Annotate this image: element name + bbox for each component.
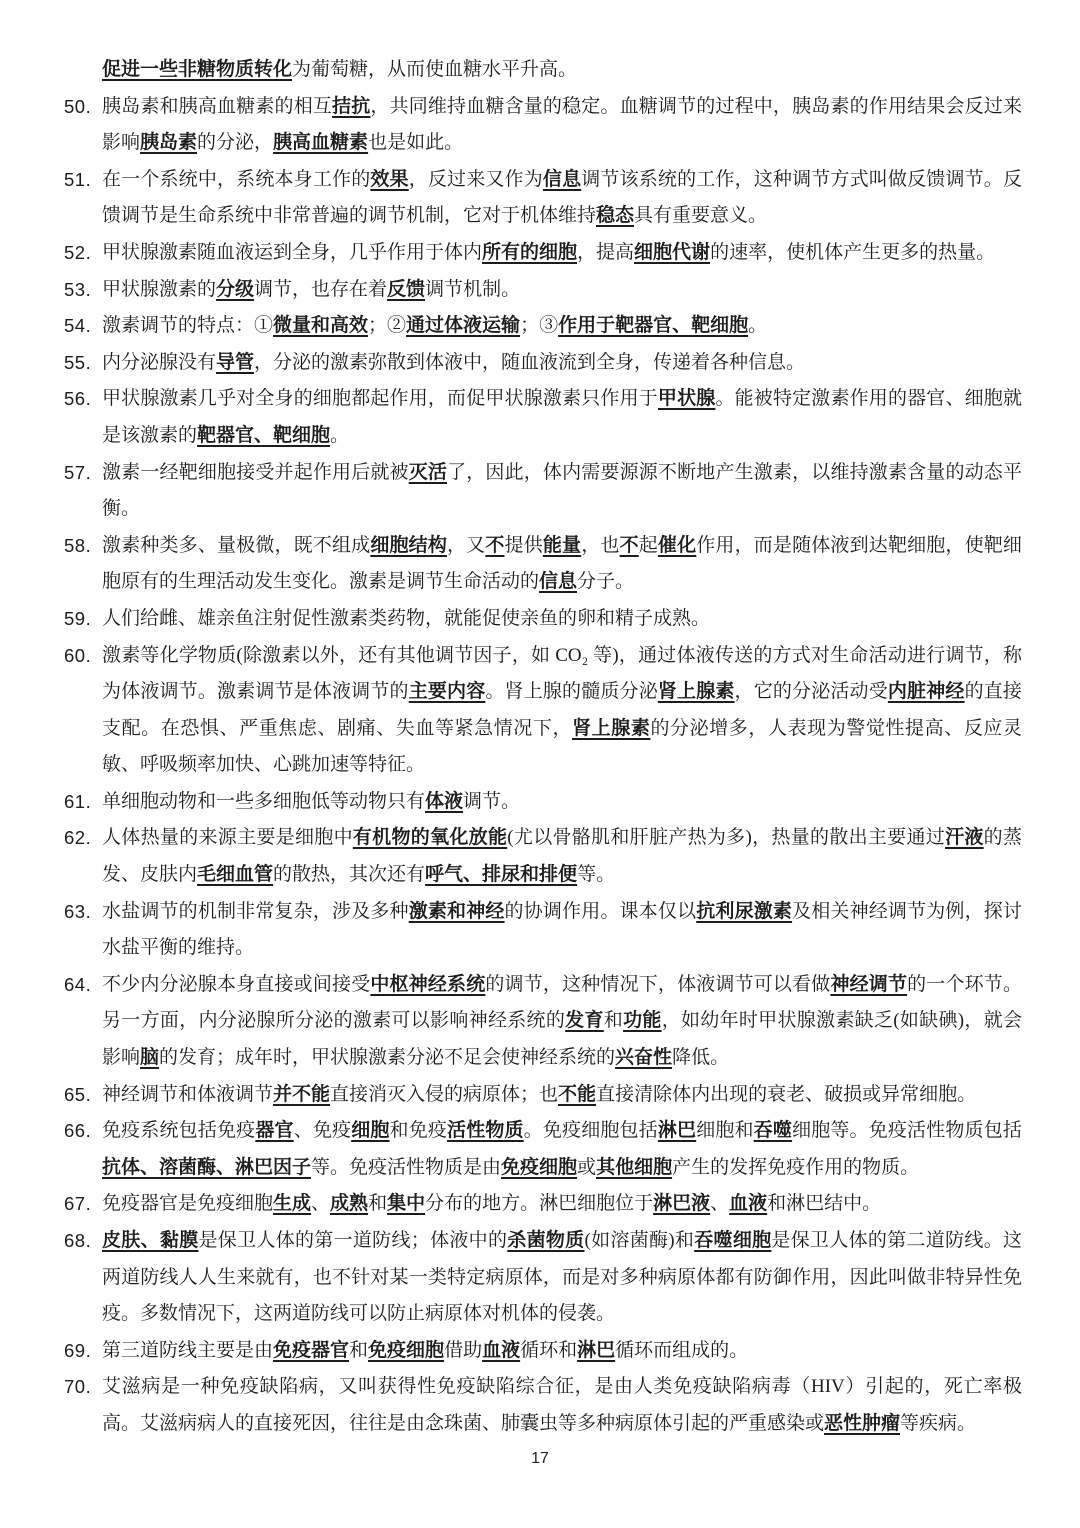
text-run: 和: [349, 1340, 368, 1361]
text-run: 甲状腺激素的: [102, 279, 216, 300]
text-run: 激素种类多、量极微，既不组成: [102, 535, 370, 556]
text-run: 降低。: [672, 1047, 729, 1068]
text-run: ；③: [520, 315, 558, 336]
item-number: 66.: [64, 1113, 102, 1150]
item-number: 52.: [64, 235, 102, 272]
item-content: 甲状腺激素随血液运到全身，几乎作用于体内所有的细胞，提高细胞代谢的速率，使机体产…: [102, 235, 1022, 272]
list-item: 64.不少内分泌腺本身直接或间接受中枢神经系统的调节，这种情况下，体液调节可以看…: [64, 967, 1022, 1077]
text-run: 的协调作用。课本仅以: [505, 901, 697, 922]
text-run: 甲状腺激素随血液运到全身，几乎作用于体内: [102, 242, 482, 263]
text-run: 分子。: [577, 571, 634, 592]
key-term: 恶性肿瘤: [824, 1413, 900, 1434]
key-term: 主要内容: [409, 681, 486, 702]
key-term: 微量和高效: [273, 315, 368, 336]
key-term: 功能: [623, 1010, 662, 1031]
item-number: 54.: [64, 308, 102, 345]
text-run: 和: [368, 1193, 387, 1214]
key-term: 中枢神经系统: [370, 974, 485, 995]
text-run: 和免疫: [390, 1120, 448, 1141]
text-run: 细胞等。免疫活性物质包括: [792, 1120, 1022, 1141]
item-number: 60.: [64, 638, 102, 675]
item-content: 不少内分泌腺本身直接或间接受中枢神经系统的调节，这种情况下，体液调节可以看做神经…: [102, 967, 1022, 1077]
list-item: 65.神经调节和体液调节并不能直接消灭入侵的病原体；也不能直接清除体内出现的衰老…: [64, 1077, 1022, 1114]
item-number: 61.: [64, 784, 102, 821]
key-term: 免疫器官: [273, 1340, 349, 1361]
item-number: 53.: [64, 272, 102, 309]
list-item: 69.第三道防线主要是由免疫器官和免疫细胞借助血液循环和淋巴循环而组成的。: [64, 1333, 1022, 1370]
item-content: 在一个系统中，系统本身工作的效果，反过来又作为信息调节该系统的工作，这种调节方式…: [102, 162, 1022, 235]
item-content: 激素调节的特点：①微量和高效；②通过体液运输；③作用于靶器官、靶细胞。: [102, 308, 1022, 345]
key-term: 兴奋性: [615, 1047, 672, 1068]
text-run: 第三道防线主要是由: [102, 1340, 273, 1361]
text-run: 在一个系统中，系统本身工作的: [102, 169, 370, 190]
text-run: 循环和: [520, 1340, 577, 1361]
text-run: 产生的发挥免疫作用的物质。: [672, 1157, 919, 1178]
text-run: ，提高: [577, 242, 634, 263]
text-run: 。免疫细胞包括: [524, 1120, 658, 1141]
key-term: 靶器官、靶细胞: [197, 425, 330, 446]
key-term: 免疫细胞: [368, 1340, 444, 1361]
text-run: 激素调节的特点：①: [102, 315, 273, 336]
key-term: 毛细血管: [197, 864, 273, 885]
text-run: 、: [710, 1193, 729, 1214]
key-term: 吞噬细胞: [694, 1230, 771, 1251]
key-term: 淋巴: [577, 1340, 615, 1361]
key-term: 器官: [255, 1120, 293, 1141]
text-run: 借助: [444, 1340, 482, 1361]
page-number: 17: [0, 1441, 1080, 1478]
key-term: 催化: [658, 535, 696, 556]
key-term: 稳态: [596, 205, 634, 226]
list-item: 54.激素调节的特点：①微量和高效；②通过体液运输；③作用于靶器官、靶细胞。: [64, 308, 1022, 345]
key-term: 能量: [543, 535, 581, 556]
key-term: 细胞: [351, 1120, 389, 1141]
key-term: 胰岛素: [140, 132, 197, 153]
text-run: 的发育；成年时，甲状腺激素分泌不足会使神经系统的: [159, 1047, 615, 1068]
key-term: 拮抗: [332, 96, 370, 117]
text-run: 为葡萄糖，从而使血糖水平升高。: [292, 59, 577, 80]
item-number: 62.: [64, 820, 102, 857]
item-content: 人们给雌、雄亲鱼注射促性激素类药物，就能促使亲鱼的卵和精子成熟。: [102, 601, 1022, 638]
text-run: 调节机制。: [425, 279, 520, 300]
list-item: 58.激素种类多、量极微，既不组成细胞结构，又不提供能量，也不起催化作用，而是随…: [64, 528, 1022, 601]
text-run: 和淋巴结中。: [767, 1193, 881, 1214]
key-term: 细胞结构: [370, 535, 447, 556]
text-run: 水盐调节的机制非常复杂，涉及多种: [102, 901, 409, 922]
key-term: 不: [620, 535, 639, 556]
text-run: 循环而组成的。: [615, 1340, 748, 1361]
text-run: 人们给雌、雄亲鱼注射促性激素类药物，就能促使亲鱼的卵和精子成熟。: [102, 608, 710, 629]
key-term: 活性物质: [447, 1120, 524, 1141]
item-number: 55.: [64, 345, 102, 382]
text-run: 甲状腺激素几乎对全身的细胞都起作用，而促甲状腺激素只作用于: [102, 388, 658, 409]
list-item: 62.人体热量的来源主要是细胞中有机物的氧化放能(尤以骨骼肌和肝脏产热为多)，热…: [64, 820, 1022, 893]
key-term: 导管: [216, 352, 254, 373]
key-term: 信息: [543, 169, 581, 190]
item-content: 免疫系统包括免疫器官、免疫细胞和免疫活性物质。免疫细胞包括淋巴细胞和吞噬细胞等。…: [102, 1113, 1022, 1186]
text-run: ，它的分泌活动受: [735, 681, 888, 702]
text-run: 提供: [505, 535, 543, 556]
text-run: (如溶菌酶)和: [584, 1230, 694, 1251]
key-term: 神经调节: [830, 974, 907, 995]
key-term: 所有的细胞: [482, 242, 577, 263]
key-term: 并不能: [273, 1084, 330, 1105]
text-run: 的速率，使机体产生更多的热量。: [710, 242, 995, 263]
list-item: 68.皮肤、黏膜是保卫人体的第一道防线；体液中的杀菌物质(如溶菌酶)和吞噬细胞是…: [64, 1223, 1022, 1333]
text-run: 免疫器官是免疫细胞: [102, 1193, 273, 1214]
key-term: 皮肤、黏膜: [102, 1230, 199, 1251]
text-run: 的分泌，: [197, 132, 273, 153]
key-term: 灭活: [409, 462, 447, 483]
key-term: 抗利尿激素: [696, 901, 792, 922]
list-item: 60.激素等化学物质(除激素以外，还有其他调节因子，如 CO₂ 等)，通过体液传…: [64, 638, 1022, 784]
text-run: 神经调节和体液调节: [102, 1084, 273, 1105]
list-item: 70.艾滋病是一种免疫缺陷病，又叫获得性免疫缺陷综合征，是由人类免疫缺陷病毒（H…: [64, 1369, 1022, 1442]
key-term: 血液: [482, 1340, 520, 1361]
text-run: ，反过来又作为: [409, 169, 543, 190]
item-number: 59.: [64, 601, 102, 638]
text-run: 调节。: [463, 791, 520, 812]
key-term: 甲状腺: [658, 388, 716, 409]
text-run: 内分泌腺没有: [102, 352, 216, 373]
item-number: 68.: [64, 1223, 102, 1260]
text-run: 或: [577, 1157, 596, 1178]
list-item: 59.人们给雌、雄亲鱼注射促性激素类药物，就能促使亲鱼的卵和精子成熟。: [64, 601, 1022, 638]
text-run: ；②: [368, 315, 406, 336]
item-content: 内分泌腺没有导管，分泌的激素弥散到体液中，随血液流到全身，传递着各种信息。: [102, 345, 1022, 382]
text-run: 、免疫: [294, 1120, 352, 1141]
item-number: 58.: [64, 528, 102, 565]
key-term: 杀菌物质: [507, 1230, 584, 1251]
item-content: 激素一经靶细胞接受并起作用后就被灭活了，因此，体内需要源源不断地产生激素，以维持…: [102, 455, 1022, 528]
key-term: 脑: [140, 1047, 159, 1068]
key-term: 作用于靶器官、靶细胞: [558, 315, 748, 336]
text-run: 直接消灭入侵的病原体；也: [330, 1084, 558, 1105]
key-term: 抗体、溶菌酶、淋巴因子: [102, 1157, 311, 1178]
text-run: 免疫系统包括免疫: [102, 1120, 255, 1141]
item-number: 69.: [64, 1333, 102, 1370]
text-run: 单细胞动物和一些多细胞低等动物只有: [102, 791, 425, 812]
key-term: 淋巴液: [653, 1193, 710, 1214]
key-term: 效果: [370, 169, 408, 190]
item-content: 甲状腺激素的分级调节，也存在着反馈调节机制。: [102, 272, 1022, 309]
list-item: 52.甲状腺激素随血液运到全身，几乎作用于体内所有的细胞，提高细胞代谢的速率，使…: [64, 235, 1022, 272]
list-item: 55.内分泌腺没有导管，分泌的激素弥散到体液中，随血液流到全身，传递着各种信息。: [64, 345, 1022, 382]
key-term: 集中: [387, 1193, 425, 1214]
key-term: 发育: [565, 1010, 604, 1031]
key-term: 呼气、排尿和排便: [425, 864, 577, 885]
text-run: 、: [311, 1193, 330, 1214]
key-term: 其他细胞: [596, 1157, 672, 1178]
key-term: 体液: [425, 791, 463, 812]
item-number: 64.: [64, 967, 102, 1004]
key-term: 淋巴: [658, 1120, 696, 1141]
item-content: 人体热量的来源主要是细胞中有机物的氧化放能(尤以骨骼肌和肝脏产热为多)，热量的散…: [102, 820, 1022, 893]
key-term: 肾上腺素: [658, 681, 735, 702]
key-term: 免疫细胞: [501, 1157, 577, 1178]
key-term: 通过体液运输: [406, 315, 520, 336]
text-run: 也是如此。: [368, 132, 463, 153]
key-term: 生成: [273, 1193, 311, 1214]
text-run: 起: [639, 535, 658, 556]
text-run: 等。免疫活性物质是由: [311, 1157, 501, 1178]
text-run: 直接清除体内出现的衰老、破损或异常细胞。: [596, 1084, 976, 1105]
notes-list: 50.胰岛素和胰高血糖素的相互拮抗，共同维持血糖含量的稳定。血糖调节的过程中，胰…: [64, 89, 1022, 1443]
list-item: 61.单细胞动物和一些多细胞低等动物只有体液调节。: [64, 784, 1022, 821]
item-content: 皮肤、黏膜是保卫人体的第一道防线；体液中的杀菌物质(如溶菌酶)和吞噬细胞是保卫人…: [102, 1223, 1022, 1333]
text-run: 调节，也存在着: [254, 279, 387, 300]
list-item: 67.免疫器官是免疫细胞生成、成熟和集中分布的地方。淋巴细胞位于淋巴液、血液和淋…: [64, 1186, 1022, 1223]
item-number: 63.: [64, 894, 102, 931]
text-run: (尤以骨骼肌和肝脏产热为多)，热量的散出主要通过: [507, 827, 945, 848]
text-run: 人体热量的来源主要是细胞中: [102, 827, 353, 848]
key-term: 反馈: [387, 279, 425, 300]
text-run: 的调节，这种情况下，体液调节可以看做: [485, 974, 830, 995]
key-term: 肾上腺素: [572, 718, 650, 739]
item-content: 免疫器官是免疫细胞生成、成熟和集中分布的地方。淋巴细胞位于淋巴液、血液和淋巴结中…: [102, 1186, 1022, 1223]
item-content: 激素等化学物质(除激素以外，还有其他调节因子，如 CO₂ 等)，通过体液传送的方…: [102, 638, 1022, 784]
key-term: 不: [485, 535, 504, 556]
item-content: 艾滋病是一种免疫缺陷病，又叫获得性免疫缺陷综合征，是由人类免疫缺陷病毒（HIV）…: [102, 1369, 1022, 1442]
list-item: 51.在一个系统中，系统本身工作的效果，反过来又作为信息调节该系统的工作，这种调…: [64, 162, 1022, 235]
key-term: 细胞代谢: [634, 242, 710, 263]
text-run: 等。: [577, 864, 615, 885]
key-term: 血液: [729, 1193, 767, 1214]
text-run: 激素一经靶细胞接受并起作用后就被: [102, 462, 409, 483]
list-item: 53.甲状腺激素的分级调节，也存在着反馈调节机制。: [64, 272, 1022, 309]
item-number: 67.: [64, 1186, 102, 1223]
item-content: 单细胞动物和一些多细胞低等动物只有体液调节。: [102, 784, 1022, 821]
text-run: 和: [604, 1010, 623, 1031]
text-run: 胰岛素和胰高血糖素的相互: [102, 96, 332, 117]
text-run: 不少内分泌腺本身直接或间接受: [102, 974, 370, 995]
key-term: 胰高血糖素: [273, 132, 368, 153]
item-number: 50.: [64, 89, 102, 126]
text-run: 的散热，其次还有: [273, 864, 425, 885]
text-run: 。: [330, 425, 349, 446]
item-content: 甲状腺激素几乎对全身的细胞都起作用，而促甲状腺激素只作用于甲状腺。能被特定激素作…: [102, 381, 1022, 454]
item-number: 57.: [64, 455, 102, 492]
list-item: 57.激素一经靶细胞接受并起作用后就被灭活了，因此，体内需要源源不断地产生激素，…: [64, 455, 1022, 528]
key-term: 有机物的氧化放能: [353, 827, 507, 848]
item-content: 水盐调节的机制非常复杂，涉及多种激素和神经的协调作用。课本仅以抗利尿激素及相关神…: [102, 894, 1022, 967]
item-content: 神经调节和体液调节并不能直接消灭入侵的病原体；也不能直接清除体内出现的衰老、破损…: [102, 1077, 1022, 1114]
text-run: ，又: [447, 535, 485, 556]
key-term: 分级: [216, 279, 254, 300]
item-number: 56.: [64, 381, 102, 418]
lead-paragraph: 促进一些非糖物质转化为葡萄糖，从而使血糖水平升高。: [102, 52, 1022, 89]
key-term: 成熟: [330, 1193, 368, 1214]
text-run: 。: [748, 315, 767, 336]
key-term: 激素和神经: [409, 901, 505, 922]
text-run: ，也: [581, 535, 619, 556]
item-content: 胰岛素和胰高血糖素的相互拮抗，共同维持血糖含量的稳定。血糖调节的过程中，胰岛素的…: [102, 89, 1022, 162]
key-term: 信息: [539, 571, 577, 592]
item-number: 70.: [64, 1369, 102, 1406]
text-run: ，分泌的激素弥散到体液中，随血液流到全身，传递着各种信息。: [254, 352, 805, 373]
text-run: 是保卫人体的第一道防线；体液中的: [199, 1230, 508, 1251]
list-item: 50.胰岛素和胰高血糖素的相互拮抗，共同维持血糖含量的稳定。血糖调节的过程中，胰…: [64, 89, 1022, 162]
item-number: 51.: [64, 162, 102, 199]
list-item: 63.水盐调节的机制非常复杂，涉及多种激素和神经的协调作用。课本仅以抗利尿激素及…: [64, 894, 1022, 967]
item-content: 激素种类多、量极微，既不组成细胞结构，又不提供能量，也不起催化作用，而是随体液到…: [102, 528, 1022, 601]
text-run: 分布的地方。淋巴细胞位于: [425, 1193, 653, 1214]
key-term: 汗液: [945, 827, 984, 848]
key-term: 内脏神经: [888, 681, 965, 702]
document-page: 促进一些非糖物质转化为葡萄糖，从而使血糖水平升高。 50.胰岛素和胰高血糖素的相…: [0, 0, 1080, 1528]
text-run: 。肾上腺的髓质分泌: [485, 681, 658, 702]
text-run: 具有重要意义。: [634, 205, 767, 226]
item-number: 65.: [64, 1077, 102, 1114]
key-term: 吞噬: [754, 1120, 792, 1141]
key-term: 促进一些非糖物质转化: [102, 59, 292, 80]
key-term: 不能: [558, 1084, 596, 1105]
list-item: 56.甲状腺激素几乎对全身的细胞都起作用，而促甲状腺激素只作用于甲状腺。能被特定…: [64, 381, 1022, 454]
text-run: 细胞和: [696, 1120, 754, 1141]
item-content: 第三道防线主要是由免疫器官和免疫细胞借助血液循环和淋巴循环而组成的。: [102, 1333, 1022, 1370]
list-item: 66.免疫系统包括免疫器官、免疫细胞和免疫活性物质。免疫细胞包括淋巴细胞和吞噬细…: [64, 1113, 1022, 1186]
text-run: 等疾病。: [900, 1413, 976, 1434]
